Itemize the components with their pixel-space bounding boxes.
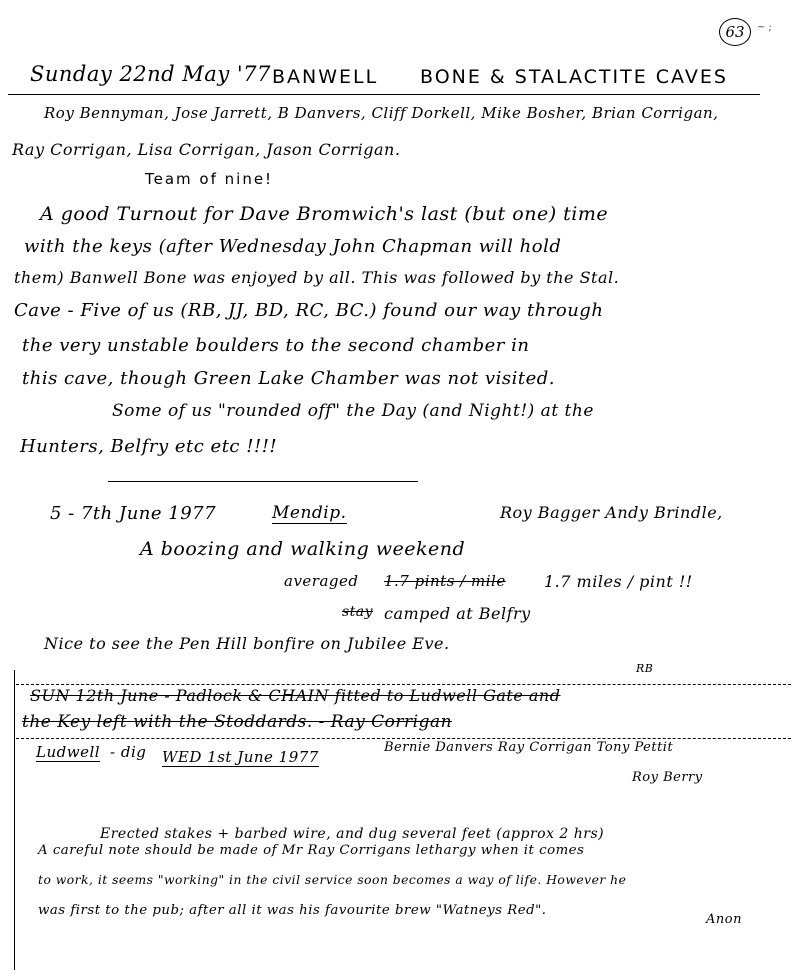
entry2-line1: A boozing and walking weekend — [140, 538, 465, 560]
entry3-body-line: was first to the pub; after all it was h… — [38, 903, 546, 918]
entry3-attendees: Bernie Danvers Ray Corrigan Tony Pettit — [384, 740, 673, 755]
entry1-body-line: Some of us "rounded off" the Day (and Ni… — [112, 401, 594, 421]
entry1-body-line: Cave - Five of us (RB, JJ, BD, RC, BC.) … — [14, 300, 603, 321]
entry1-attendees-line1: Roy Bennyman, Jose Jarrett, B Danvers, C… — [44, 104, 718, 122]
entry1-body-line: them) Banwell Bone was enjoyed by all. T… — [14, 268, 619, 287]
entry3-line2: the Key left with the Stoddards. - Ray C… — [22, 712, 452, 732]
entry2-location: Mendip. — [272, 503, 347, 524]
entry2-line4: Nice to see the Pen Hill bonfire on Jubi… — [44, 634, 450, 653]
entry2-line2-struck: 1.7 pints / mile — [384, 572, 506, 590]
entry1-body-line: A good Turnout for Dave Bromwich's last … — [40, 203, 608, 225]
entry2-date: 5 - 7th June 1977 — [50, 503, 216, 524]
margin-line — [14, 670, 15, 970]
entry1-attendees-line2: Ray Corrigan, Lisa Corrigan, Jason Corri… — [12, 140, 400, 159]
entry1-title-caves: BONE & STALACTITE CAVES — [420, 66, 728, 88]
entry3-dig-label: - dig — [110, 743, 146, 761]
entry3-date: WED 1st June 1977 — [162, 748, 319, 767]
entry1-body-line: this cave, though Green Lake Chamber was… — [22, 368, 555, 389]
entry1-title-banwell: BANWELL — [272, 66, 378, 88]
entry1-body-line: with the keys (after Wednesday John Chap… — [24, 236, 561, 257]
entry1-title-underline — [270, 94, 760, 95]
entry1-date: Sunday 22nd May '77 — [30, 62, 271, 86]
strike-line-bottom — [16, 738, 791, 739]
entry3-body-line: to work, it seems "working" in the civil… — [38, 873, 626, 887]
entry3-body-line: Erected stakes + barbed wire, and dug se… — [100, 826, 604, 842]
entry2-line2-value: 1.7 miles / pint !! — [544, 572, 693, 591]
entry-separator — [108, 481, 418, 482]
entry1-body-line: Hunters, Belfry etc etc !!!! — [20, 436, 277, 457]
entry3-location: Ludwell — [36, 743, 100, 762]
entry2-attendees: Roy Bagger Andy Brindle, — [500, 503, 723, 522]
entry3-line1: SUN 12th June - Padlock & CHAIN fitted t… — [30, 686, 560, 705]
page-number: 63 — [719, 18, 751, 46]
entry2-line3-struck: stay — [342, 604, 373, 620]
entry3-attendee-extra: Roy Berry — [632, 770, 703, 785]
entry1-body-line: the very unstable boulders to the second… — [22, 335, 529, 356]
entry3-body-line: A careful note should be made of Mr Ray … — [38, 843, 584, 858]
entry3-signature: Anon — [706, 912, 742, 927]
entry1-team-note: Team of nine! — [145, 170, 273, 188]
entry3-initials: RB — [636, 662, 653, 675]
margin-marks: ~ ; — [757, 22, 772, 33]
strike-line-top — [16, 684, 791, 685]
entry2-line3: camped at Belfry — [384, 604, 531, 623]
entry2-line2-prefix: averaged — [284, 572, 359, 590]
